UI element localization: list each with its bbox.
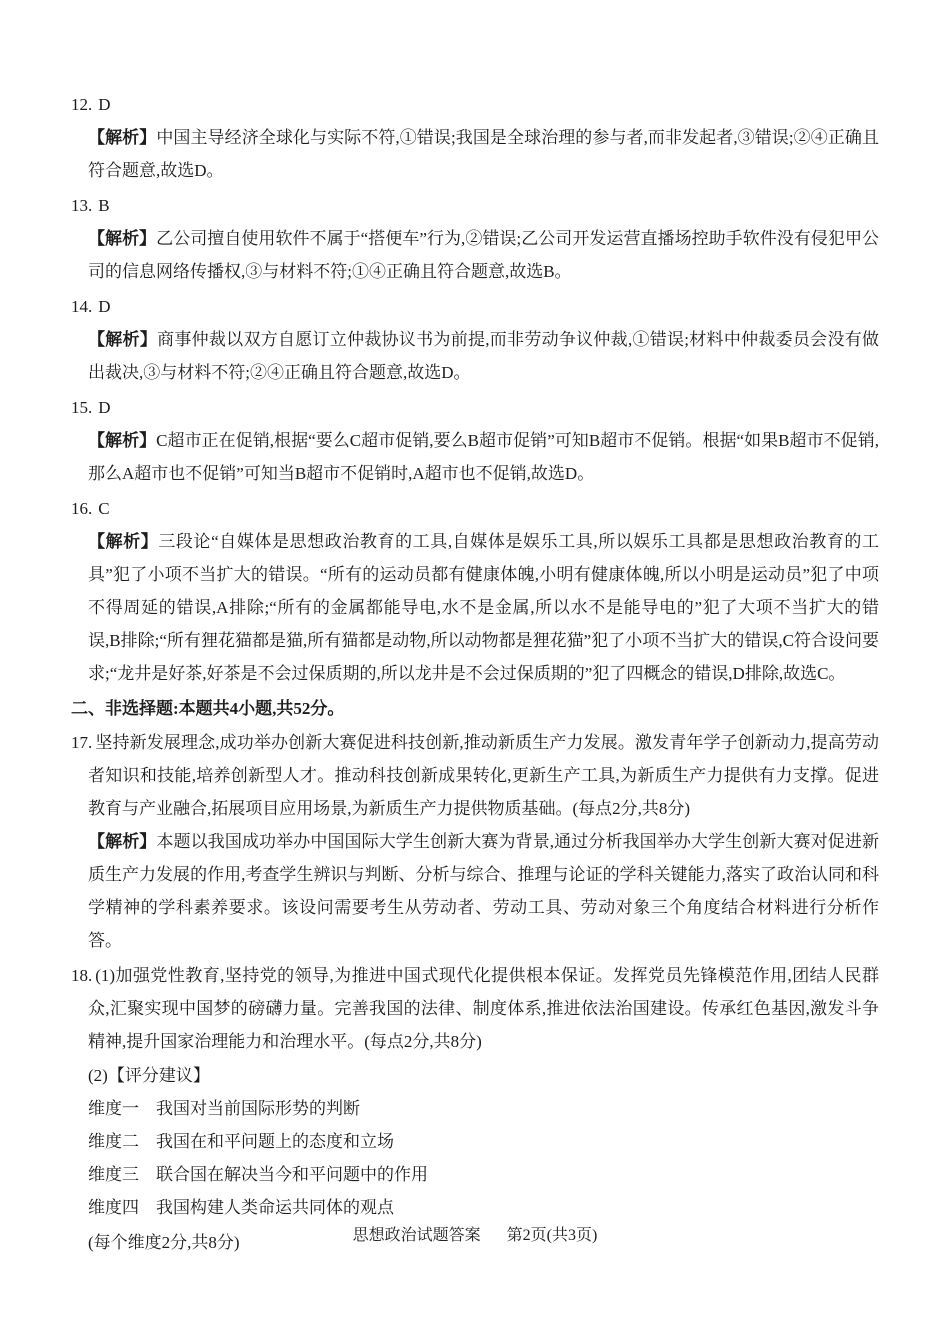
- dimension-text: 联合国在解决当今和平问题中的作用: [156, 1165, 428, 1184]
- analysis-label: 【解析】: [88, 832, 156, 851]
- section-2-header: 二、非选择题:本题共4小题,共52分。: [71, 692, 879, 725]
- dimension-text: 我国在和平问题上的态度和立场: [156, 1132, 394, 1151]
- document-page: 12.D 【解析】中国主导经济全球化与实际不符,①错误;我国是全球治理的参与者,…: [0, 0, 950, 1333]
- item-head: 15.D: [71, 391, 879, 424]
- choice-item-15: 15.D 【解析】C超市正在促销,根据“要么C超市促销,要么B超市促销”可知B超…: [71, 391, 879, 490]
- dimension-row-3: 维度三联合国在解决当今和平问题中的作用: [88, 1158, 879, 1191]
- analysis-label: 【解析】: [88, 128, 156, 147]
- explanation-text: C超市正在促销,根据“要么C超市促销,要么B超市促销”可知B超市不促销。根据“如…: [88, 431, 879, 483]
- dimension-label: 维度一: [88, 1099, 139, 1118]
- page-footer: 思想政治试题答案第2页(共3页): [0, 1224, 950, 1248]
- dimension-row-4: 维度四我国构建人类命运共同体的观点: [88, 1191, 879, 1224]
- dimension-text: 我国对当前国际形势的判断: [156, 1099, 360, 1118]
- item-explanation: 【解析】中国主导经济全球化与实际不符,①错误;我国是全球治理的参与者,而非发起者…: [88, 121, 879, 187]
- answer-text: (1)加强党性教育,坚持党的领导,为推进中国式现代化提供根本保证。发挥党员先锋模…: [88, 966, 879, 1051]
- q18-part2-label: (2)【评分建议】: [88, 1059, 879, 1092]
- q18-scoring-dimensions: 维度一我国对当前国际形势的判断 维度二我国在和平问题上的态度和立场 维度三联合国…: [71, 1092, 879, 1224]
- item-number: 13.: [71, 196, 92, 215]
- item-explanation: 【解析】C超市正在促销,根据“要么C超市促销,要么B超市促销”可知B超市不促销。…: [88, 424, 879, 490]
- q18-part1: 18.(1)加强党性教育,坚持党的领导,为推进中国式现代化提供根本保证。发挥党员…: [71, 959, 879, 1058]
- dimension-text: 我国构建人类命运共同体的观点: [156, 1198, 394, 1217]
- item-number: 12.: [71, 95, 92, 114]
- choice-item-12: 12.D 【解析】中国主导经济全球化与实际不符,①错误;我国是全球治理的参与者,…: [71, 88, 879, 187]
- item-answer: D: [98, 95, 110, 114]
- explanation-text: 乙公司擅自使用软件不属于“搭便车”行为,②错误;乙公司开发运营直播场控助手软件没…: [88, 229, 879, 281]
- choice-item-13: 13.B 【解析】乙公司擅自使用软件不属于“搭便车”行为,②错误;乙公司开发运营…: [71, 189, 879, 288]
- analysis-label: 【解析】: [88, 532, 158, 551]
- item-head: 14.D: [71, 290, 879, 323]
- explanation-text: 商事仲裁以双方自愿订立仲裁协议书为前提,而非劳动争议仲裁,①错误;材料中仲裁委员…: [88, 330, 879, 382]
- item-explanation: 【解析】乙公司擅自使用软件不属于“搭便车”行为,②错误;乙公司开发运营直播场控助…: [88, 222, 879, 288]
- question-17: 17.坚持新发展理念,成功举办创新大赛促进科技创新,推动新质生产力发展。激发青年…: [71, 726, 879, 957]
- dimension-row-1: 维度一我国对当前国际形势的判断: [88, 1092, 879, 1125]
- analysis-label: 【解析】: [88, 330, 157, 349]
- item-number: 16.: [71, 499, 92, 518]
- item-answer: D: [98, 398, 110, 417]
- explanation-text: 中国主导经济全球化与实际不符,①错误;我国是全球治理的参与者,而非发起者,③错误…: [88, 128, 879, 180]
- choice-item-14: 14.D 【解析】商事仲裁以双方自愿订立仲裁协议书为前提,而非劳动争议仲裁,①错…: [71, 290, 879, 389]
- analysis-label: 【解析】: [88, 431, 156, 450]
- question-18: 18.(1)加强党性教育,坚持党的领导,为推进中国式现代化提供根本保证。发挥党员…: [71, 959, 879, 1259]
- choice-item-16: 16.C 【解析】三段论“自媒体是思想政治教育的工具,自媒体是娱乐工具,所以娱乐…: [71, 492, 879, 690]
- item-number: 18.: [71, 966, 92, 985]
- explanation-text: 三段论“自媒体是思想政治教育的工具,自媒体是娱乐工具,所以娱乐工具都是思想政治教…: [88, 532, 879, 683]
- item-number: 17.: [71, 733, 92, 752]
- dimension-label: 维度二: [88, 1132, 139, 1151]
- footer-doc-title: 思想政治试题答案: [353, 1227, 481, 1244]
- item-answer: B: [98, 196, 109, 215]
- item-answer: C: [98, 499, 109, 518]
- item-explanation: 【解析】三段论“自媒体是思想政治教育的工具,自媒体是娱乐工具,所以娱乐工具都是思…: [88, 525, 879, 690]
- item-head: 13.B: [71, 189, 879, 222]
- q17-answer: 17.坚持新发展理念,成功举办创新大赛促进科技创新,推动新质生产力发展。激发青年…: [71, 726, 879, 825]
- analysis-label: 【解析】: [88, 229, 156, 248]
- item-number: 15.: [71, 398, 92, 417]
- item-number: 14.: [71, 297, 92, 316]
- item-explanation: 【解析】商事仲裁以双方自愿订立仲裁协议书为前提,而非劳动争议仲裁,①错误;材料中…: [88, 323, 879, 389]
- dimension-label: 维度三: [88, 1165, 139, 1184]
- answer-key-content: 12.D 【解析】中国主导经济全球化与实际不符,①错误;我国是全球治理的参与者,…: [71, 88, 879, 1261]
- explanation-text: 本题以我国成功举办中国国际大学生创新大赛为背景,通过分析我国举办大学生创新大赛对…: [88, 832, 879, 950]
- item-head: 16.C: [71, 492, 879, 525]
- answer-text: 坚持新发展理念,成功举办创新大赛促进科技创新,推动新质生产力发展。激发青年学子创…: [88, 733, 879, 818]
- q17-explanation: 【解析】本题以我国成功举办中国国际大学生创新大赛为背景,通过分析我国举办大学生创…: [88, 825, 879, 957]
- dimension-row-2: 维度二我国在和平问题上的态度和立场: [88, 1125, 879, 1158]
- item-answer: D: [98, 297, 110, 316]
- footer-page-number: 第2页(共3页): [507, 1227, 598, 1244]
- dimension-label: 维度四: [88, 1198, 139, 1217]
- item-head: 12.D: [71, 88, 879, 121]
